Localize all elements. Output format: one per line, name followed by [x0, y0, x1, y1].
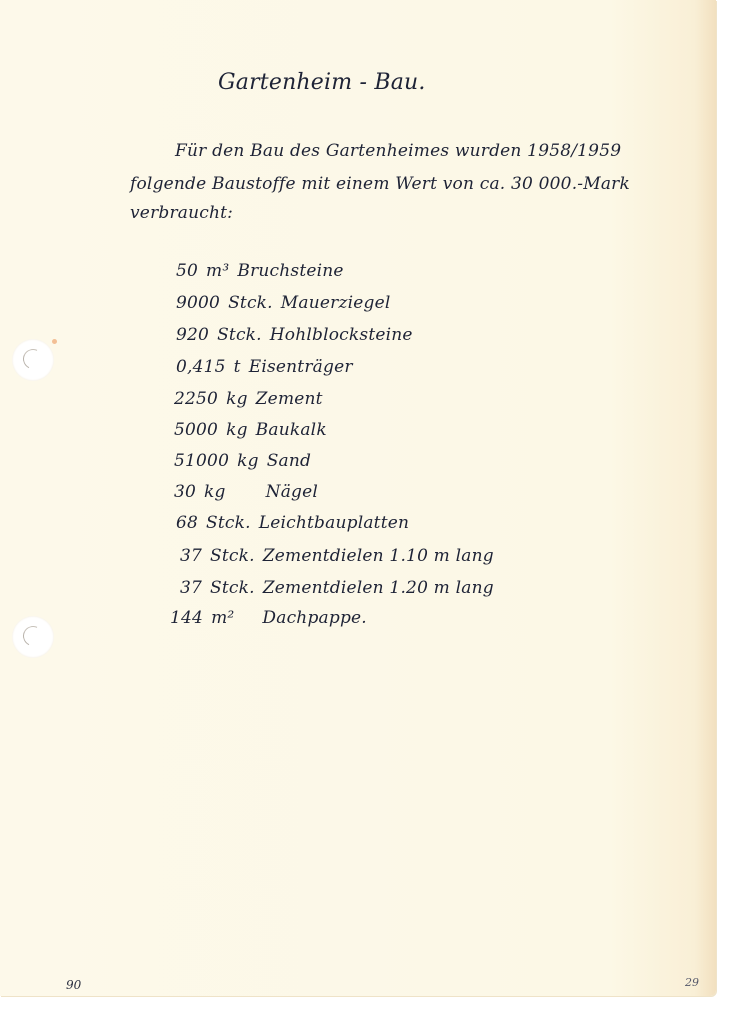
unit: t	[234, 357, 241, 377]
material-name: Nägel	[266, 482, 318, 502]
quantity: 30	[174, 482, 196, 502]
page-title: Gartenheim - Bau.	[218, 70, 426, 95]
material-item: 37 Stck. Zementdielen 1.10 m lang	[180, 546, 494, 566]
material-item: 5000 kg Baukalk	[174, 420, 327, 440]
quantity: 37	[180, 546, 202, 566]
document-page: Gartenheim - Bau. Für den Bau des Garten…	[0, 0, 716, 996]
unit: m³	[206, 261, 229, 281]
intro-line-2: folgende Baustoffe mit einem Wert von ca…	[130, 174, 630, 194]
material-item: 68 Stck. Leichtbauplatten	[176, 513, 409, 533]
material-item: 51000 kg Sand	[174, 451, 311, 471]
unit: kg	[226, 420, 248, 440]
quantity: 37	[180, 578, 202, 598]
material-item: 9000 Stck. Mauerziegel	[176, 293, 391, 313]
quantity: 51000	[174, 451, 229, 471]
material-name: Hohlblocksteine	[270, 325, 413, 345]
quantity: 2250	[174, 389, 218, 409]
unit: kg	[204, 482, 226, 502]
unit: Stck.	[228, 293, 273, 313]
material-name: Dachpappe.	[262, 608, 366, 628]
material-item: 144 m² Dachpappe.	[170, 608, 367, 628]
material-item: 2250 kg Zement	[174, 389, 323, 409]
quantity: 920	[176, 325, 209, 345]
page-number-right: 29	[685, 976, 699, 989]
material-name: Eisenträger	[249, 357, 353, 377]
material-name: Mauerziegel	[281, 293, 391, 313]
material-name: Baukalk	[256, 420, 327, 440]
unit: m²	[211, 608, 234, 628]
quantity: 0,415	[176, 357, 226, 377]
material-name: Leichtbauplatten	[259, 513, 409, 533]
quantity: 144	[170, 608, 203, 628]
unit: Stck.	[210, 578, 255, 598]
paper-stain	[52, 339, 57, 344]
quantity: 68	[176, 513, 198, 533]
material-name: Zementdielen 1.20 m lang	[263, 578, 494, 598]
punch-hole-top	[12, 339, 54, 381]
material-item: 920 Stck. Hohlblocksteine	[176, 325, 413, 345]
punch-hole-bottom	[12, 616, 54, 658]
quantity: 5000	[174, 420, 218, 440]
material-name: Sand	[267, 451, 311, 471]
material-name: Zementdielen 1.10 m lang	[263, 546, 494, 566]
material-item: 30 kg Nägel	[174, 482, 318, 502]
material-name: Zement	[256, 389, 323, 409]
material-item: 50 m³ Bruchsteine	[176, 261, 344, 281]
unit: Stck.	[206, 513, 251, 533]
unit: Stck.	[210, 546, 255, 566]
unit: Stck.	[217, 325, 262, 345]
quantity: 9000	[176, 293, 220, 313]
quantity: 50	[176, 261, 198, 281]
unit: kg	[237, 451, 259, 471]
material-item: 37 Stck. Zementdielen 1.20 m lang	[180, 578, 494, 598]
intro-line-3: verbraucht:	[130, 203, 233, 223]
unit: kg	[226, 389, 248, 409]
material-item: 0,415 t Eisenträger	[176, 357, 353, 377]
page-number-left: 90	[66, 978, 81, 992]
material-name: Bruchsteine	[237, 261, 343, 281]
intro-line-1: Für den Bau des Gartenheimes wurden 1958…	[175, 141, 621, 161]
